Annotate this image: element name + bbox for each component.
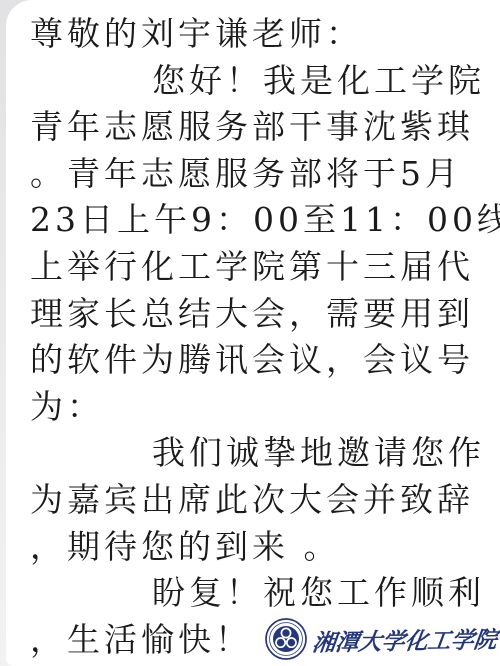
letter-line: 我们诚挚地邀请您作 (30, 430, 498, 477)
letter-line: 青年志愿服务部干事沈紫琪 (30, 104, 498, 151)
letter-page: 尊敬的刘宇谦老师： 您好！我是化工学院 青年志愿服务部干事沈紫琪 。青年志愿服务… (6, 0, 500, 666)
letter-line: ，期待您的到来 。 (30, 524, 498, 571)
letter-line: 。青年志愿服务部将于5月 (30, 151, 498, 198)
letter-line-salutation: 尊敬的刘宇谦老师： (30, 11, 498, 58)
letter-line: 为嘉宾出席此次大会并致辞 (30, 477, 498, 524)
letter-body: 尊敬的刘宇谦老师： 您好！我是化工学院 青年志愿服务部干事沈紫琪 。青年志愿服务… (30, 11, 498, 663)
letter-line: 为： (30, 384, 498, 431)
letter-line: 盼复！祝您工作顺利 (30, 570, 498, 617)
xiangtan-university-seal-icon (264, 617, 308, 661)
screenshot-stage: 尊敬的刘宇谦老师： 您好！我是化工学院 青年志愿服务部干事沈紫琪 。青年志愿服务… (0, 0, 500, 666)
letter-line: 23日上午9：00至11：00线 (30, 197, 498, 244)
letter-line: 上举行化工学院第十三届代 (30, 244, 498, 291)
college-name-calligraphy: 湘潭大学化工学院 (311, 621, 499, 657)
letter-line: 的软件为腾讯会议，会议号 (30, 337, 498, 384)
college-watermark: 湘潭大学化工学院 (264, 617, 497, 661)
letter-line: 您好！我是化工学院 (30, 58, 498, 105)
letter-line: 理家长总结大会，需要用到 (30, 291, 498, 338)
